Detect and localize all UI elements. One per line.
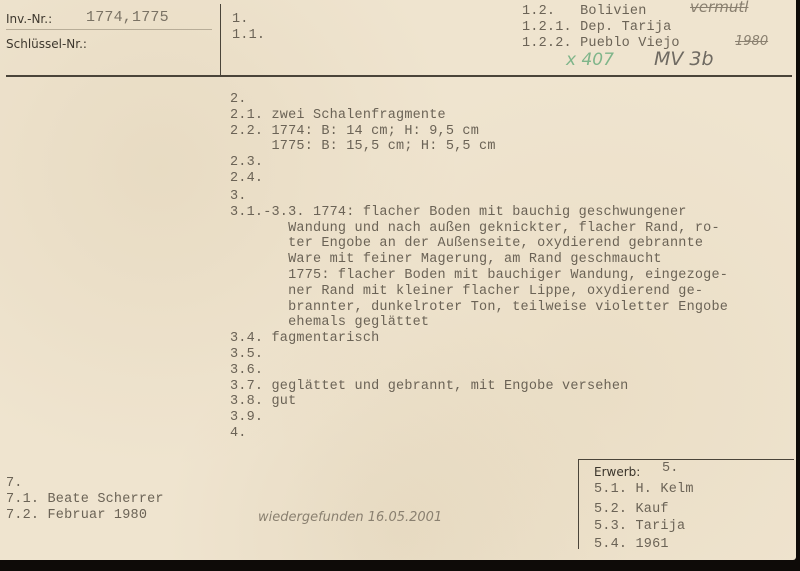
field-5: 5.	[662, 461, 679, 477]
inv-label: Inv.-Nr.:	[6, 12, 52, 26]
handwritten-struck-word: vermutl	[690, 0, 748, 16]
handwritten-ink-code: MV 3b	[654, 48, 714, 70]
index-card: Inv.-Nr.: 1774,1775 Schlüssel-Nr.: 1. 1.…	[0, 0, 796, 560]
acquisition-line: 5.4. 1961	[594, 537, 669, 553]
handwritten-struck-year: 1980	[735, 34, 768, 49]
acquisition-label: Erwerb:	[594, 465, 640, 479]
section-7-line: 7.1. Beate Scherrer	[6, 492, 164, 508]
acquisition-line: 5.2. Kauf	[594, 502, 669, 518]
section-3-line: ehemals geglättet	[230, 315, 429, 331]
section-3-line: 4.	[230, 426, 247, 442]
section-7-line: 7.2. Februar 1980	[6, 508, 147, 524]
section-3-line: 3.7. geglättet und gebrannt, mit Engobe …	[230, 379, 628, 395]
section-2-line: 2.1. zwei Schalenfragmente	[230, 108, 446, 124]
section-3-line: 3.4. fagmentarisch	[230, 331, 379, 347]
field-1-2-1: 1.2.1. Dep. Tarija	[522, 20, 671, 36]
section-2-line: 2.3.	[230, 155, 263, 171]
acquisition-box-top	[578, 459, 794, 460]
section-3-line: ter Engobe an der Außenseite, oxydierend…	[230, 236, 703, 252]
section-3-line: Ware mit feiner Magerung, am Rand geschm…	[230, 252, 662, 268]
section-3-line: 3.8. gut	[230, 394, 296, 410]
key-label: Schlüssel-Nr.:	[6, 37, 87, 51]
section-3-line: 3.6.	[230, 363, 263, 379]
section-3-line: 3.9.	[230, 410, 263, 426]
section-7-line: 7.	[6, 476, 23, 492]
acquisition-line: 5.1. H. Kelm	[594, 482, 694, 498]
section-3-line: 1775: flacher Boden mit bauchiger Wandun…	[230, 268, 728, 284]
section-3-line: ner Rand mit kleiner flacher Lippe, oxyd…	[230, 284, 703, 300]
section-2-line: 1775: B: 15,5 cm; H: 5,5 cm	[230, 139, 496, 155]
header-rule	[6, 75, 792, 77]
section-3-line: 3.5.	[230, 347, 263, 363]
section-3-line: brannter, dunkelroter Ton, teilweise vio…	[230, 300, 728, 316]
section-3-line: Wandung und nach außen geknickter, flach…	[230, 221, 720, 237]
section-3-line: 3.1.-3.3. 1774: flacher Boden mit bauchi…	[230, 205, 687, 221]
section-2-line: 2.	[230, 92, 247, 108]
section-2-line: 2.4.	[230, 171, 263, 187]
acquisition-line: 5.3. Tarija	[594, 519, 685, 535]
section-2-line: 2.2. 1774: B: 14 cm; H: 9,5 cm	[230, 124, 479, 140]
handwritten-green-code: x 407	[566, 50, 614, 70]
header-divider	[220, 4, 221, 76]
acquisition-box-left	[578, 459, 579, 549]
field-1-2: 1.2. Bolivien	[522, 4, 647, 20]
handwritten-found-note: wiedergefunden 16.05.2001	[258, 510, 442, 525]
field-1-1: 1.1.	[232, 28, 265, 44]
inv-underline	[6, 29, 212, 30]
field-1: 1.	[232, 12, 249, 28]
section-3-line: 3.	[230, 189, 247, 205]
inv-value: 1774,1775	[86, 10, 169, 26]
